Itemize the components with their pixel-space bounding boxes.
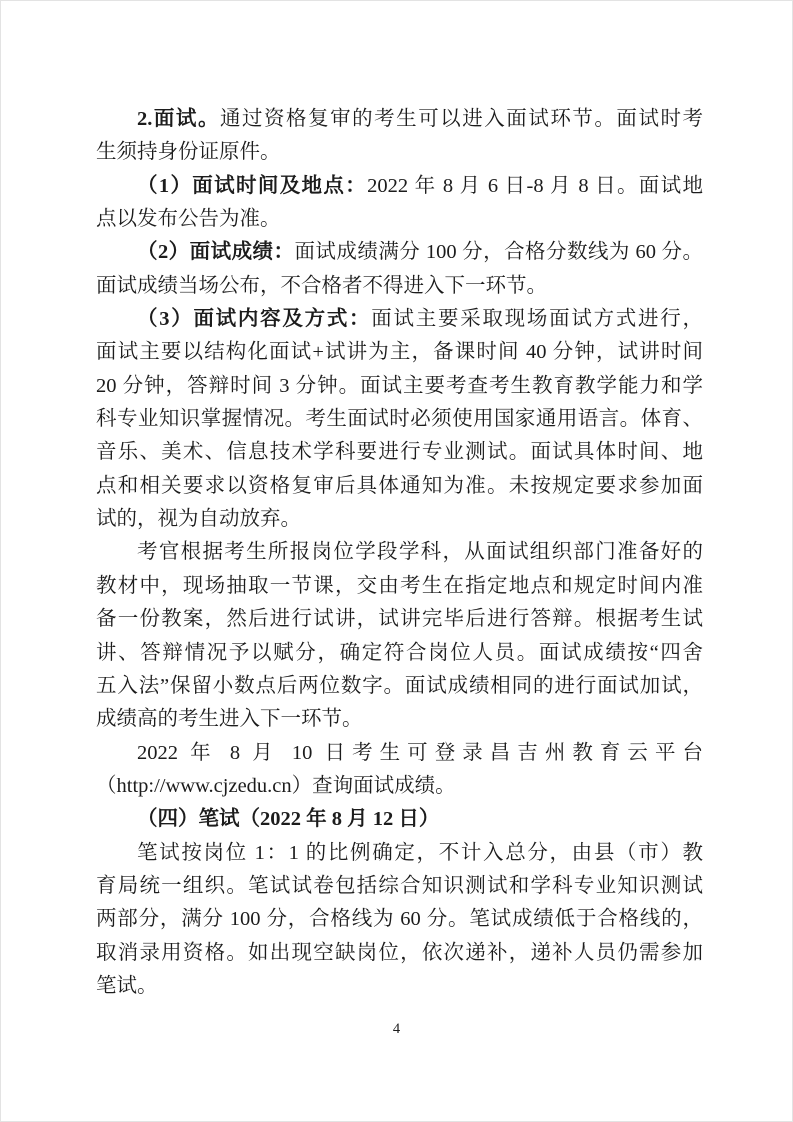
text-line: 成绩高的考生进入下一环节。 — [96, 703, 703, 736]
bold-text: （四）笔试（2022 年 8 月 12 日） — [137, 808, 439, 830]
paragraph: 考官根据考生所报岗位学段学科，从面试组织部门准备好的教材中，现场抽取一节课，交由… — [96, 536, 703, 736]
body-text: 20 分钟，答辩时间 3 分钟。面试主要考查考生教育教学能力和学 — [96, 375, 703, 397]
text-line: 科专业知识掌握情况。考生面试时必须使用国家通用语言。体育、 — [96, 403, 703, 436]
paragraph: 笔试按岗位 1：1 的比例确定，不计入总分，由县（市）教育局统一组织。笔试试卷包… — [96, 837, 703, 1004]
page-number: 4 — [1, 1021, 792, 1038]
text-line: 点和相关要求以资格复审后具体通知为准。未按规定要求参加面 — [96, 470, 703, 503]
body-text: 备一份教案，然后进行试讲，试讲完毕后进行答辩。根据考生试 — [96, 608, 703, 630]
text-line: 取消录用资格。如出现空缺岗位，依次递补，递补人员仍需参加 — [96, 937, 703, 970]
body-text: （http://www.cjzedu.cn）查询面试成绩。 — [96, 775, 456, 797]
body-text: 两部分，满分 100 分，合格线为 60 分。笔试成绩低于合格线的， — [96, 908, 703, 930]
document-page: 2.面试。通过资格复审的考生可以进入面试环节。面试时考生须持身份证原件。（1）面… — [0, 0, 793, 1122]
body-text: 教材中，现场抽取一节课，交由考生在指定地点和规定时间内准 — [96, 575, 703, 597]
body-text: 科专业知识掌握情况。考生面试时必须使用国家通用语言。体育、 — [96, 408, 703, 430]
text-line: 两部分，满分 100 分，合格线为 60 分。笔试成绩低于合格线的， — [96, 903, 703, 936]
text-line: （四）笔试（2022 年 8 月 12 日） — [96, 803, 703, 836]
text-line: 五入法”保留小数点后两位数字。面试成绩相同的进行面试加试， — [96, 670, 703, 703]
body-text: 试的，视为自动放弃。 — [96, 508, 301, 530]
bold-text: （1）面试时间及地点： — [137, 175, 367, 197]
text-line: 20 分钟，答辩时间 3 分钟。面试主要考查考生教育教学能力和学 — [96, 370, 703, 403]
paragraph: （2）面试成绩：面试成绩满分 100 分，合格分数线为 60 分。面试成绩当场公… — [96, 236, 703, 303]
text-line: 试的，视为自动放弃。 — [96, 503, 703, 536]
paragraph: （1）面试时间及地点：2022 年 8 月 6 日-8 月 8 日。面试地点以发… — [96, 170, 703, 237]
body-text: 通过资格复审的考生可以进入面试环节。面试时考 — [220, 108, 703, 130]
body-text: 面试成绩满分 100 分，合格分数线为 60 分。 — [294, 241, 703, 263]
text-line: （3）面试内容及方式：面试主要采取现场面试方式进行， — [96, 303, 703, 336]
body-text: 2022 年 8 月 10 日考生可登录昌吉州教育云平台 — [137, 742, 703, 764]
body-text: 面试主要以结构化面试+试讲为主，备课时间 40 分钟，试讲时间 — [96, 341, 703, 363]
body-text: 面试成绩当场公布，不合格者不得进入下一环节。 — [96, 275, 547, 297]
body-text: 2022 年 8 月 6 日-8 月 8 日。面试地 — [367, 175, 703, 197]
text-line: 2.面试。通过资格复审的考生可以进入面试环节。面试时考 — [96, 103, 703, 136]
body-text: 音乐、美术、信息技术学科要进行专业测试。面试具体时间、地 — [96, 441, 703, 463]
text-line: 面试主要以结构化面试+试讲为主，备课时间 40 分钟，试讲时间 — [96, 336, 703, 369]
text-line: 讲、答辩情况予以赋分，确定符合岗位人员。面试成绩按“四舍 — [96, 637, 703, 670]
bold-text: （3）面试内容及方式： — [137, 308, 371, 330]
text-line: （1）面试时间及地点：2022 年 8 月 6 日-8 月 8 日。面试地 — [96, 170, 703, 203]
paragraph: （3）面试内容及方式：面试主要采取现场面试方式进行，面试主要以结构化面试+试讲为… — [96, 303, 703, 536]
paragraph: 2.面试。通过资格复审的考生可以进入面试环节。面试时考生须持身份证原件。 — [96, 103, 703, 170]
body-text: 面试主要采取现场面试方式进行， — [371, 308, 703, 330]
text-line: 生须持身份证原件。 — [96, 136, 703, 169]
text-line: 笔试按岗位 1：1 的比例确定，不计入总分，由县（市）教 — [96, 837, 703, 870]
text-line: 教材中，现场抽取一节课，交由考生在指定地点和规定时间内准 — [96, 570, 703, 603]
body-text: 考官根据考生所报岗位学段学科，从面试组织部门准备好的 — [137, 541, 703, 563]
body-text: 笔试按岗位 1：1 的比例确定，不计入总分，由县（市）教 — [137, 842, 703, 864]
text-line: 笔试。 — [96, 970, 703, 1003]
text-line: 音乐、美术、信息技术学科要进行专业测试。面试具体时间、地 — [96, 436, 703, 469]
paragraph: （四）笔试（2022 年 8 月 12 日） — [96, 803, 703, 836]
body-text: 成绩高的考生进入下一环节。 — [96, 708, 363, 730]
body-text: 讲、答辩情况予以赋分，确定符合岗位人员。面试成绩按“四舍 — [96, 642, 703, 664]
text-line: 考官根据考生所报岗位学段学科，从面试组织部门准备好的 — [96, 536, 703, 569]
paragraph: 2022 年 8 月 10 日考生可登录昌吉州教育云平台（http://www.… — [96, 737, 703, 804]
body-text: 点以发布公告为准。 — [96, 208, 281, 230]
body-text: 点和相关要求以资格复审后具体通知为准。未按规定要求参加面 — [96, 475, 703, 497]
text-line: （2）面试成绩：面试成绩满分 100 分，合格分数线为 60 分。 — [96, 236, 703, 269]
body-text: 育局统一组织。笔试试卷包括综合知识测试和学科专业知识测试 — [96, 875, 703, 897]
text-line: （http://www.cjzedu.cn）查询面试成绩。 — [96, 770, 703, 803]
document-body: 2.面试。通过资格复审的考生可以进入面试环节。面试时考生须持身份证原件。（1）面… — [96, 103, 703, 1003]
bold-text: 2.面试。 — [137, 108, 220, 130]
text-line: 面试成绩当场公布，不合格者不得进入下一环节。 — [96, 270, 703, 303]
text-line: 备一份教案，然后进行试讲，试讲完毕后进行答辩。根据考生试 — [96, 603, 703, 636]
text-line: 育局统一组织。笔试试卷包括综合知识测试和学科专业知识测试 — [96, 870, 703, 903]
text-line: 点以发布公告为准。 — [96, 203, 703, 236]
body-text: 生须持身份证原件。 — [96, 141, 281, 163]
body-text: 笔试。 — [96, 975, 158, 997]
text-line: 2022 年 8 月 10 日考生可登录昌吉州教育云平台 — [96, 737, 703, 770]
body-text: 取消录用资格。如出现空缺岗位，依次递补，递补人员仍需参加 — [96, 942, 703, 964]
bold-text: （2）面试成绩： — [137, 241, 294, 263]
body-text: 五入法”保留小数点后两位数字。面试成绩相同的进行面试加试， — [96, 675, 703, 697]
